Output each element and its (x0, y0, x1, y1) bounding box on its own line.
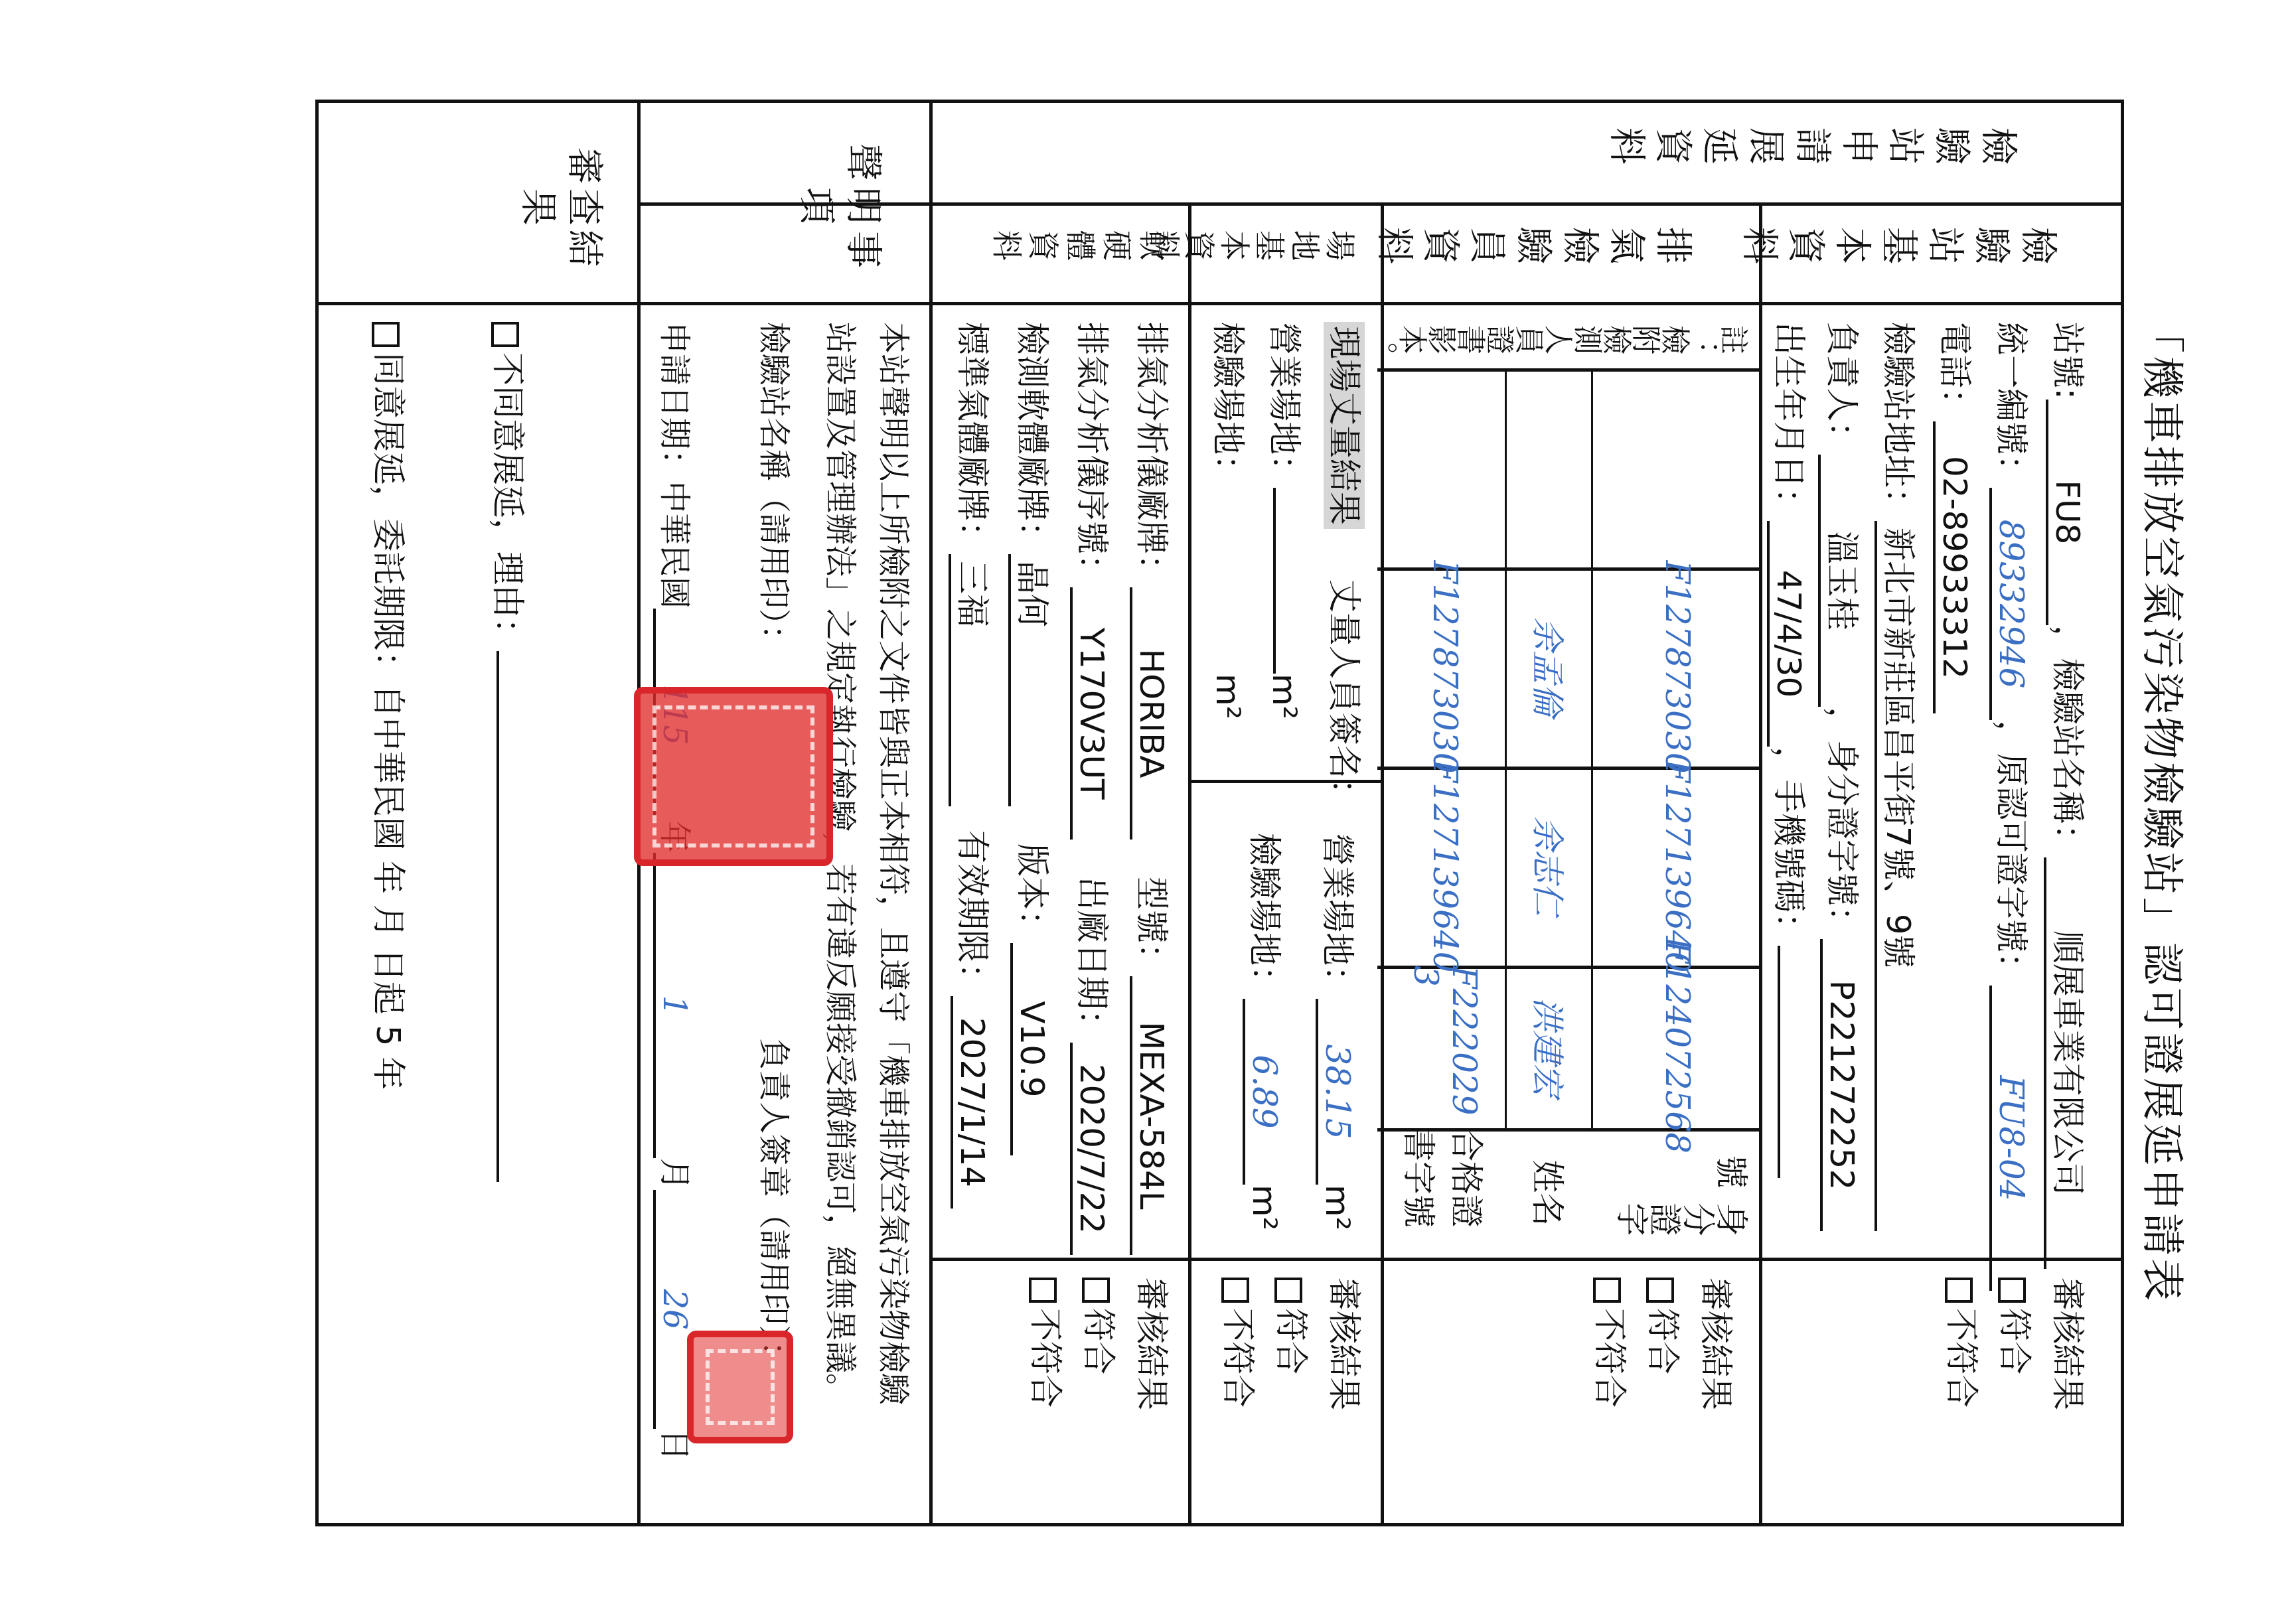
inspector-name[interactable]: 余志仁 (1507, 767, 1593, 966)
review-option-pass[interactable]: 符合 (1988, 1278, 2041, 1410)
checkbox[interactable] (492, 322, 520, 347)
business-area-field[interactable]: 38.15 (1316, 999, 1357, 1185)
onsite-business-label: 營業場地： (1265, 322, 1304, 488)
inspector-name[interactable]: 余孟倫 (1507, 567, 1593, 767)
divider (1377, 368, 1762, 372)
unit-label: m² (1209, 674, 1247, 719)
unit-label: m² (1245, 1185, 1284, 1230)
station-seal (634, 687, 833, 866)
model-label: 型號： (1132, 877, 1171, 976)
valid-label: 有效期限： (953, 830, 992, 996)
inspector-id[interactable]: F127139640 (1593, 767, 1762, 966)
review-option-pass[interactable]: 符合 (1636, 1278, 1689, 1410)
form-title: 「機車排放空氣污染物檢驗站」認可證展延申請表 (2135, 0, 2196, 1614)
station-name-label: ，檢驗站名稱： (2048, 625, 2087, 857)
month-label: 月 (656, 1158, 693, 1190)
unified-no-label: 統一編號： (1992, 322, 2030, 488)
valid-field[interactable]: 2027/1/14 (951, 996, 992, 1209)
onsite-inspection-field[interactable] (1217, 488, 1219, 674)
mobile-label: ，手機號碼： (1770, 747, 1808, 946)
station-basic-label: 檢驗站基本資料 (1736, 212, 2061, 292)
review-title: 審核結果 (1125, 1278, 1178, 1410)
phone-field[interactable]: 02-89933312 (1933, 421, 1974, 713)
checkbox[interactable] (372, 322, 400, 347)
owner-id-field[interactable]: P221272252 (1820, 939, 1861, 1231)
apply-month-field[interactable]: 1 (653, 853, 693, 1158)
owner-seal (687, 1331, 793, 1443)
apply-date-label: 申請日期：中華民國 (656, 322, 693, 609)
address-field[interactable]: 新北市新莊區昌平街7號、9號 (1875, 521, 1925, 1231)
inspection-area-label: 檢驗場地： (1245, 833, 1284, 999)
phone-label: 電話： (1936, 322, 1974, 421)
birth-field[interactable]: 47/4/30 (1767, 521, 1808, 747)
unit-label: m² (1265, 674, 1304, 719)
address-label: 檢驗站地址： (1879, 322, 1918, 521)
owner-row: 負責人：溫玉桂，身分證字號：P221272252 (1818, 322, 1869, 1231)
divider (933, 1258, 2121, 1261)
phone-row: 電話：02-89933312 (1933, 322, 1981, 713)
hardware-label: 軟硬體資料 (988, 212, 1172, 292)
onsite-inspection-row: 檢驗場地：m² (1207, 322, 1255, 719)
site-review: 審核結果 符合 不符合 (1211, 1278, 1371, 1410)
owner-id-label: ，身分證字號： (1823, 707, 1861, 939)
mobile-field[interactable] (1778, 946, 1780, 1178)
onsite-row: 現場丈量結果 丈量人員簽名： (1323, 322, 1371, 812)
analyzer-brand-label: 排氣分析儀廠牌： (1132, 322, 1171, 587)
divider (929, 103, 933, 1523)
checkbox[interactable] (1647, 1278, 1675, 1303)
inspectors-label: 排氣檢驗員資料 (1371, 212, 1696, 292)
declaration-text-1: 本站聲明以上所檢附之文件皆與正本相符，且遵守「機車排放空氣污染物檢驗 (874, 322, 919, 1405)
software-row: 檢測軟體廠牌：晶何 版本：V10.9 (1008, 322, 1059, 1155)
review-option-fail[interactable]: 不符合 (1935, 1278, 1988, 1410)
review-title: 審核結果 (1689, 1278, 1742, 1410)
checkbox[interactable] (1594, 1278, 1622, 1303)
unified-no-row: 統一編號：89332946，原認可證字號：FU8-04 (1989, 322, 2038, 1291)
inspectors-note: 註：檢附檢測人員證書影本。 (1369, 315, 1749, 358)
reject-option[interactable]: 不同意展延，理由： (487, 322, 534, 1182)
inspector-id[interactable]: F127873030 (1593, 567, 1762, 767)
apply-date-row: 申請日期：中華民國115年1月26日 (653, 322, 700, 1461)
reject-reason-field[interactable] (497, 651, 499, 1182)
station-no-label: 站號: (2048, 322, 2087, 400)
col-header-cert: 合格證書字號 (1384, 1128, 1507, 1258)
reject-label: 不同意展延，理由： (489, 352, 527, 651)
checkbox[interactable] (1083, 1278, 1110, 1303)
business-area-label: 營業場地： (1318, 833, 1357, 999)
birth-row: 出生年月日：47/4/30，手機號碼： (1767, 322, 1815, 1178)
business-area-row: 營業場地：38.15m² (1316, 833, 1364, 1230)
site-label: 場地基本資料 (1147, 212, 1357, 292)
serial-row: 排氣分析儀序號：Y170V3UT 出廠日期：2020/7/22 (1070, 322, 1118, 1255)
review-option-fail[interactable]: 不符合 (1211, 1278, 1264, 1410)
serial-field[interactable]: Y170V3UT (1070, 587, 1111, 840)
inspector-id[interactable]: F124072568 (1593, 966, 1762, 1128)
station-no-field[interactable]: FU8 (2046, 400, 2087, 625)
application-form: 「機車排放空氣污染物檢驗站」認可證展延申請表 檢驗站申請展延資料 檢驗站基本資料… (0, 0, 2296, 1614)
unified-no-field[interactable]: 89332946 (1989, 488, 2030, 720)
measurer-label: 丈量人員簽名： (1325, 579, 1363, 812)
std-gas-field[interactable]: 三福 (949, 554, 999, 806)
review-option-pass[interactable]: 符合 (1264, 1278, 1318, 1410)
approve-option[interactable]: 同意展延，委託期限：自中華民國 年 月 日起 5 年 (367, 322, 415, 1090)
col-header-name: 姓名 (1507, 1128, 1593, 1258)
serial-label: 排氣分析儀序號： (1073, 322, 1111, 587)
result-label: 審查結果 (514, 129, 607, 289)
divider (1188, 202, 1191, 1523)
group-label: 檢驗站申請展延資料 (1603, 116, 2021, 189)
owner-label: 負責人： (1823, 322, 1861, 455)
checkbox[interactable] (1999, 1278, 2027, 1303)
station-no-row: 站號:FU8，檢驗站名稱：順展車業有限公司 (2044, 322, 2094, 1269)
inspection-area-row: 檢驗場地：6.89m² (1243, 833, 1291, 1230)
divider (641, 302, 933, 305)
onsite-inspection-label: 檢驗場地： (1209, 322, 1247, 488)
form-table: 檢驗站申請展延資料 檢驗站基本資料 站號:FU8，檢驗站名稱：順展車業有限公司 … (315, 100, 2124, 1526)
review-title: 審核結果 (1318, 1278, 1371, 1410)
onsite-business-field[interactable] (1273, 488, 1276, 674)
version-label: 版本： (1013, 844, 1051, 943)
review-option-fail[interactable]: 不符合 (1019, 1278, 1072, 1410)
std-gas-label: 標準氣體廠牌： (953, 322, 992, 554)
hardware-review: 審核結果 符合 不符合 (1019, 1278, 1178, 1410)
version-field[interactable]: V10.9 (1010, 943, 1051, 1155)
orig-cert-label: ，原認可證字號： (1992, 720, 2030, 986)
owner-field[interactable]: 溫玉桂 (1818, 455, 1869, 707)
software-brand-label: 檢測軟體廠牌： (1013, 322, 1051, 554)
station-name-field[interactable]: 順展車業有限公司 (2044, 857, 2094, 1269)
software-brand-field[interactable]: 晶何 (1008, 554, 1059, 806)
owner-sign-label: 負責人簽章（請用印）： (755, 1038, 793, 1372)
orig-cert-field[interactable]: FU8-04 (1989, 986, 2030, 1291)
inspector-cert[interactable]: F127873030 (1384, 567, 1507, 767)
divider (319, 302, 641, 305)
analyzer-row: 排氣分析儀廠牌：HORIBA 型號：MEXA-584L (1130, 322, 1178, 1255)
unit-label: m² (1318, 1185, 1357, 1230)
review-option-fail[interactable]: 不符合 (1583, 1278, 1636, 1410)
onsite-business-row: 營業場地：m² (1263, 322, 1311, 719)
review-option-pass[interactable]: 符合 (1072, 1278, 1125, 1410)
inspectors-review: 審核結果 符合 不符合 (1583, 1278, 1742, 1410)
checkbox[interactable] (1946, 1278, 1973, 1303)
mfg-date-field[interactable]: 2020/7/22 (1070, 1043, 1111, 1255)
checkbox[interactable] (1030, 1278, 1057, 1303)
checkbox[interactable] (1275, 1278, 1303, 1303)
inspector-cert[interactable]: F127139640 (1384, 767, 1507, 966)
approve-label: 同意展延，委託期限：自中華民國 年 月 日起 5 年 (369, 352, 408, 1090)
inspection-area-field[interactable]: 6.89 (1243, 999, 1284, 1185)
inspector-cert[interactable]: F222029 3 (1384, 966, 1507, 1128)
birth-label: 出生年月日： (1770, 322, 1808, 521)
std-gas-row: 標準氣體廠牌：三福 有效期限：2027/1/14 (949, 322, 999, 1209)
address-row: 檢驗站地址：新北市新莊區昌平街7號、9號 (1875, 322, 1925, 1231)
declaration-label: 聲明事項 (793, 129, 886, 289)
station-sign-label: 檢驗站名稱（請用印）： (755, 322, 793, 656)
checkbox[interactable] (1222, 1278, 1250, 1303)
analyzer-brand-field[interactable]: HORIBA (1130, 587, 1171, 840)
mfg-date-label: 出廠日期： (1073, 877, 1111, 1043)
model-field[interactable]: MEXA-584L (1130, 976, 1171, 1255)
inspector-name[interactable]: 洪建宏 (1507, 966, 1593, 1128)
station-review: 審核結果 符合 不符合 (1935, 1278, 2094, 1410)
review-title: 審核結果 (2041, 1278, 2094, 1410)
onsite-label: 現場丈量結果 (1324, 322, 1365, 529)
